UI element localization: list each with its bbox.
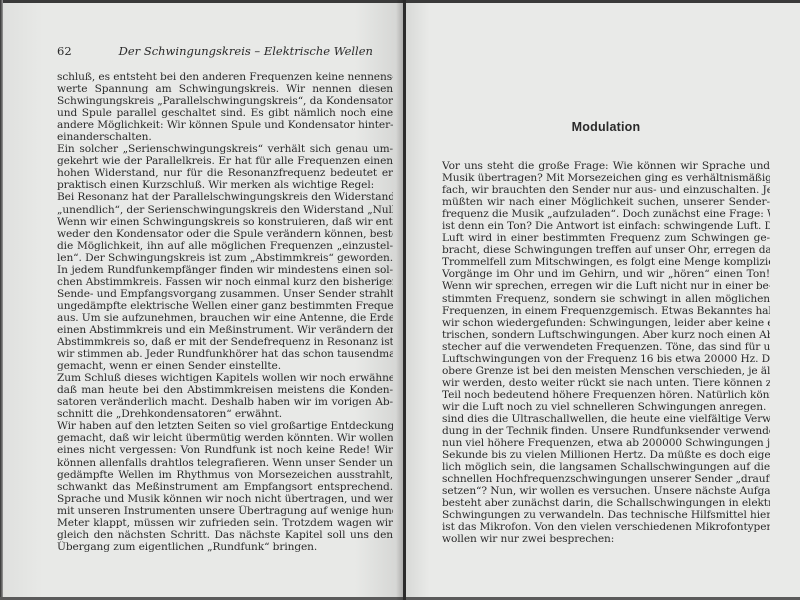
text-line: trischen, sondern Luftschwingungen. Aber… [442, 329, 770, 341]
text-line: gemacht, wenn er einen Sender einstellte… [57, 360, 393, 372]
book-gutter [403, 0, 406, 600]
page-number: 62 [57, 44, 115, 58]
text-line: Trommelfell zum Mitschwingen, es folgt e… [442, 256, 770, 268]
text-line: wir schon wiedergefunden: Schwingungen, … [442, 317, 770, 329]
text-line: schwankt das Meßinstrument am Empfangsor… [57, 481, 393, 493]
text-line: Sprache und Musik können wir noch nicht … [57, 493, 393, 505]
text-line: len“. Der Schwingungskreis ist zum „Abst… [57, 252, 393, 264]
text-line: „unendlich“, der Serienschwingungskreis … [57, 204, 393, 216]
text-line: schluß, es entsteht bei den anderen Freq… [57, 71, 393, 83]
chapter-heading: Modulation [442, 120, 770, 134]
text-line: Meter klappt, müssen wir zufrieden sein.… [57, 517, 393, 529]
text-line: Sekunde bis zu vielen Millionen Hertz. D… [442, 449, 770, 461]
text-line: schnitt die „Drehkondensatoren“ erwähnt. [57, 408, 393, 420]
text-line: Musik übertragen? Mit Morsezeichen ging … [442, 172, 770, 184]
gutter-shadow [396, 0, 403, 600]
text-line: satoren veränderlich macht. Deshalb habe… [57, 396, 393, 408]
text-line: Abstimmkreis so, daß er mit der Sendefre… [57, 336, 393, 348]
text-line: die Möglichkeit, ihn auf alle möglichen … [57, 240, 393, 252]
text-line: mit unseren Instrumenten unsere Übertrag… [57, 505, 393, 517]
text-line: besteht aber zunächst darin, die Schalls… [442, 497, 770, 509]
text-line: Bei Resonanz hat der Parallelschwingungs… [57, 191, 393, 203]
text-line: bracht, diese Schwingungen treffen auf u… [442, 244, 770, 256]
text-line: werte Spannung am Schwingungskreis. Wir … [57, 83, 393, 95]
text-line: müßten wir nach einer Möglichkeit suchen… [442, 196, 770, 208]
text-line: Vorgänge im Ohr und im Gehirn, und wir „… [442, 268, 770, 280]
text-line: dung in der Technik finden. Unsere Rundf… [442, 425, 770, 437]
text-line: fach, wir brauchten den Sender nur aus- … [442, 184, 770, 196]
text-line: einanderschalten. [57, 131, 393, 143]
text-line: wir werden, desto weiter rückt sie nach … [442, 377, 770, 389]
text-line: chen Abstimmkreis. Fassen wir noch einma… [57, 276, 393, 288]
text-line: können allenfalls drahtlos telegrafieren… [57, 457, 393, 469]
text-line: daß man heute bei den Abstimmkreisen mei… [57, 384, 393, 396]
text-line: obere Grenze ist bei den meisten Mensche… [442, 365, 770, 377]
text-line: nun viel höhere Frequenzen, etwa ab 2000… [442, 437, 770, 449]
text-line: wir die Luft noch zu viel schnelleren Sc… [442, 401, 770, 413]
text-line: setzen“? Nun, wir wollen es versuchen. U… [442, 485, 770, 497]
text-line: Sende- und Empfangsvorgang zusammen. Uns… [57, 288, 393, 300]
text-line: ist denn ein Ton? Die Antwort ist einfac… [442, 220, 770, 232]
text-line: Teil noch bedeutend höhere Frequenzen hö… [442, 389, 770, 401]
text-line: Luftschwingungen von der Frequenz 16 bis… [442, 353, 770, 365]
text-line: Ein solcher „Serienschwingungskreis“ ver… [57, 143, 393, 155]
text-line: andere Möglichkeit: Wir können Spule und… [57, 119, 393, 131]
left-page-body-text: schluß, es entsteht bei den anderen Freq… [57, 71, 393, 553]
text-line: Frequenzen, in einem Frequenzgemisch. Et… [442, 305, 770, 317]
text-line: Übergang zum eigentlichen „Rundfunk“ bri… [57, 541, 393, 553]
text-line: Vor uns steht die große Frage: Wie könne… [442, 160, 770, 172]
text-line: frequenz die Musik „aufzuladen“. Doch zu… [442, 208, 770, 220]
text-line: aus. Um sie aufzunehmen, brauchen wir ei… [57, 312, 393, 324]
text-line: und Spule parallel geschaltet sind. Es g… [57, 107, 393, 119]
text-line: sind dies die Ultraschallwellen, die heu… [442, 413, 770, 425]
text-line: gedämpfte Wellen im Rhythmus von Morseze… [57, 469, 393, 481]
text-line: praktisch einen Kurzschluß. Wir merken a… [57, 179, 393, 191]
running-title: Der Schwingungskreis – Elektrische Welle… [119, 44, 373, 58]
text-line: lich möglich sein, die langsamen Schalls… [442, 461, 770, 473]
right-page-body-text: Vor uns steht die große Frage: Wie könne… [442, 160, 770, 546]
text-line: gleich den nächsten Schritt. Das nächste… [57, 529, 393, 541]
running-head: 62 Der Schwingungskreis – Elektrische We… [57, 44, 387, 58]
text-line: stimmten Frequenz, sondern sie schwingt … [442, 293, 770, 305]
text-line: einen Abstimmkreis und ein Meßinstrument… [57, 324, 393, 336]
text-line: Wenn wir sprechen, erregen wir die Luft … [442, 280, 770, 292]
text-line: Zum Schluß dieses wichtigen Kapitels wol… [57, 372, 393, 384]
text-line: schnellen Hochfrequenzschwingungen unser… [442, 473, 770, 485]
text-line: hohen Widerstand, nur für die Resonanzfr… [57, 167, 393, 179]
text-line: weder den Kondensator oder die Spule ver… [57, 228, 393, 240]
text-line: wir stimmen ab. Jeder Rundfunkhörer hat … [57, 348, 393, 360]
text-line: wollen wir nur zwei besprechen: [442, 533, 770, 545]
text-line: eines nicht vergessen: Von Rundfunk ist … [57, 444, 393, 456]
text-line: gemacht, daß wir leicht übermütig werden… [57, 432, 393, 444]
text-line: ungedämpfte elektrische Wellen einer gan… [57, 300, 393, 312]
text-line: Luft wird in einer bestimmten Frequenz z… [442, 232, 770, 244]
text-line: Wenn wir einen Schwingungskreis so konst… [57, 216, 393, 228]
text-line: ist das Mikrofon. Von den vielen verschi… [442, 521, 770, 533]
text-line: Wir haben auf den letzten Seiten so viel… [57, 420, 393, 432]
text-line: In jedem Rundfunkempfänger finden wir mi… [57, 264, 393, 276]
text-line: Schwingungen zu verwandeln. Das technisc… [442, 509, 770, 521]
text-line: gekehrt wie der Parallelkreis. Er hat fü… [57, 155, 393, 167]
text-line: stecher auf die verwendeten Frequenzen. … [442, 341, 770, 353]
text-line: Schwingungskreis „Parallelschwingungskre… [57, 95, 393, 107]
